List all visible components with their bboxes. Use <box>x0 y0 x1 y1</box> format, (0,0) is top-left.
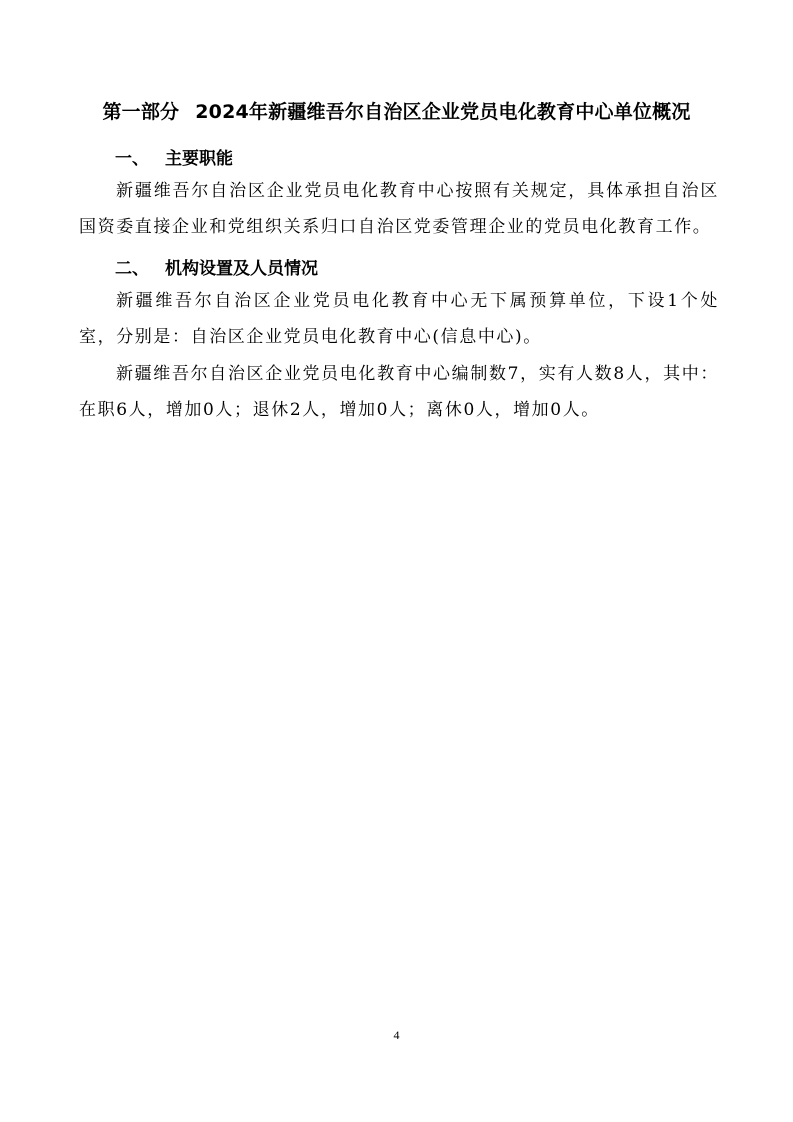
page-number: 4 <box>0 1028 793 1042</box>
page-title: 第一部分2024年新疆维吾尔自治区企业党员电化教育中心单位概况 <box>0 99 793 125</box>
section-number: 二、 <box>115 259 149 279</box>
section-number: 一、 <box>115 149 149 169</box>
paragraph-organization: 新疆维吾尔自治区企业党员电化教育中心无下属预算单位，下设1个处室，分别是：自治区… <box>79 284 719 355</box>
paragraph-staff: 新疆维吾尔自治区企业党员电化教育中心编制数7，实有人数8人，其中：在职6人，增加… <box>79 357 719 428</box>
document-page: 第一部分2024年新疆维吾尔自治区企业党员电化教育中心单位概况 一、主要职能 新… <box>0 0 793 1122</box>
paragraph-main-functions: 新疆维吾尔自治区企业党员电化教育中心按照有关规定，具体承担自治区国资委直接企业和… <box>79 174 719 245</box>
section-heading-main-functions: 一、主要职能 <box>115 147 233 171</box>
title-part-label: 第一部分 <box>102 101 179 123</box>
section-title: 主要职能 <box>165 149 233 169</box>
section-title: 机构设置及人员情况 <box>165 259 318 279</box>
section-heading-organization-staff: 二、机构设置及人员情况 <box>115 257 318 281</box>
title-text: 2024年新疆维吾尔自治区企业党员电化教育中心单位概况 <box>195 101 690 123</box>
